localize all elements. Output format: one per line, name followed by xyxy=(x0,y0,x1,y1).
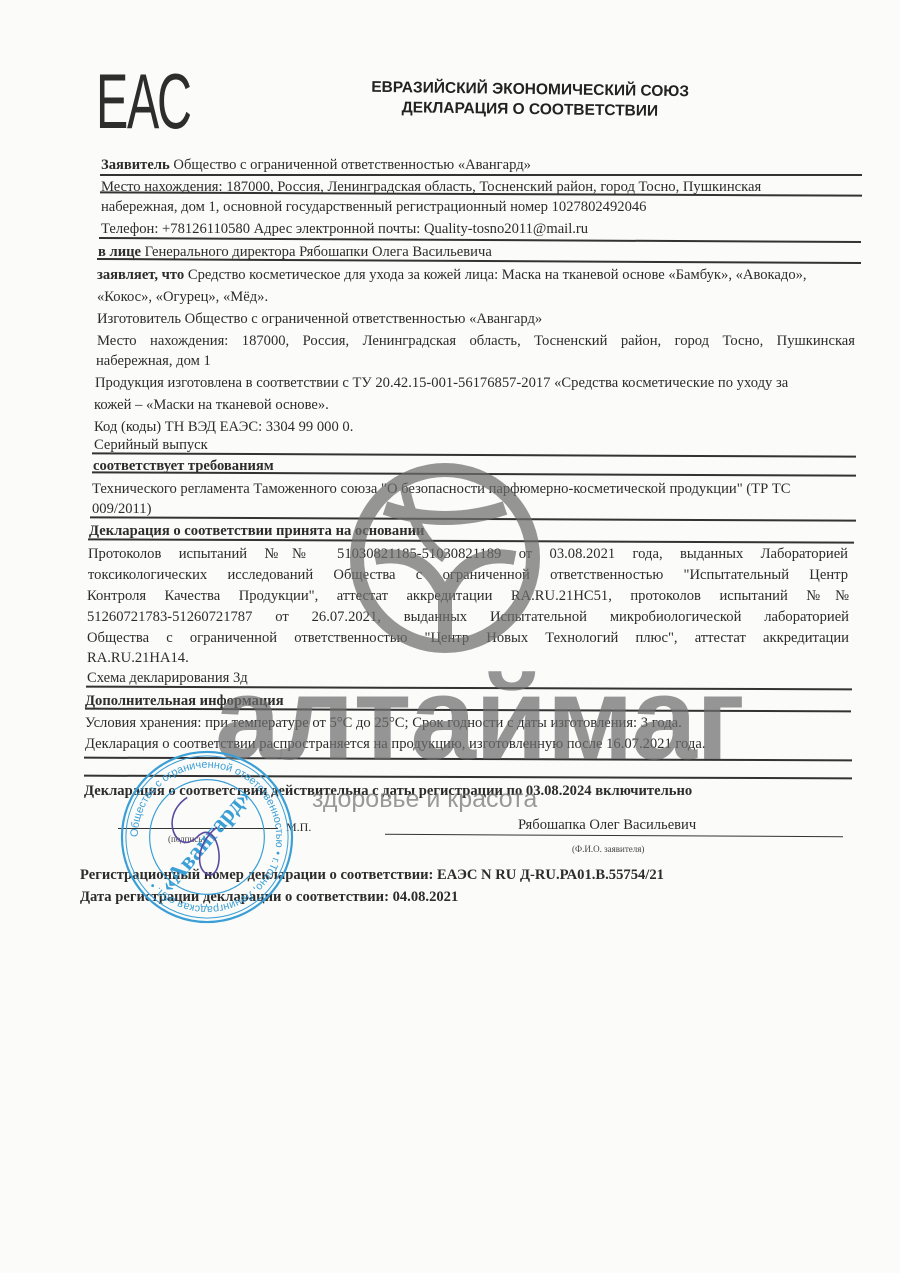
declares-row: заявляет, что Средство косметическое для… xyxy=(97,266,807,284)
signer-name: Рябошапка Олег Васильевич xyxy=(518,816,696,834)
release-type: Серийный выпуск xyxy=(94,436,208,454)
applicant-address-2: набережная, дом 1, основной государствен… xyxy=(101,198,646,216)
standard-line-2: кожей – «Маски на тканевой основе». xyxy=(94,396,329,414)
document-header: ЕВРАЗИЙСКИЙ ЭКОНОМИЧЕСКИЙ СОЮЗ ДЕКЛАРАЦИ… xyxy=(300,77,761,123)
mfr-address-2: набережная, дом 1 xyxy=(96,352,211,370)
product-line-1: Средство косметическое для ухода за коже… xyxy=(188,267,807,283)
applicant-contacts: Телефон: +78126110580 Адрес электронной … xyxy=(101,220,588,238)
watermark-globe-icon xyxy=(345,458,545,658)
company-stamp-icon: Общество с ограниченной ответственностью… xyxy=(118,748,296,926)
hs-code: Код (коды) ТН ВЭД ЕАЭС: 3304 99 000 0. xyxy=(94,418,353,436)
watermark-tagline: здоровье и красота xyxy=(312,785,537,813)
product-line-2: «Кокос», «Огурец», «Мёд». xyxy=(97,288,268,306)
standard-line-1: Продукция изготовлена в соответствии с Т… xyxy=(95,374,788,392)
basis-last-line: RA.RU.21НА14. xyxy=(87,649,189,667)
applicant-label: Заявитель xyxy=(101,157,170,173)
declares-label: заявляет, что xyxy=(97,267,184,283)
applicant-name: Общество с ограниченной ответственностью… xyxy=(173,157,531,173)
eac-logo: ЕАС xyxy=(96,62,149,140)
manufacturer: Изготовитель Общество с ограниченной отв… xyxy=(97,310,542,328)
mfr-address-1: Место нахождения: 187000, Россия, Ленинг… xyxy=(97,332,855,350)
divider xyxy=(100,174,862,176)
applicant-row: Заявитель Общество с ограниченной ответс… xyxy=(101,156,531,174)
name-caption: (Ф.И.О. заявителя) xyxy=(572,840,644,858)
requirements-line-2: 009/2011) xyxy=(92,500,151,518)
name-line xyxy=(385,834,843,837)
